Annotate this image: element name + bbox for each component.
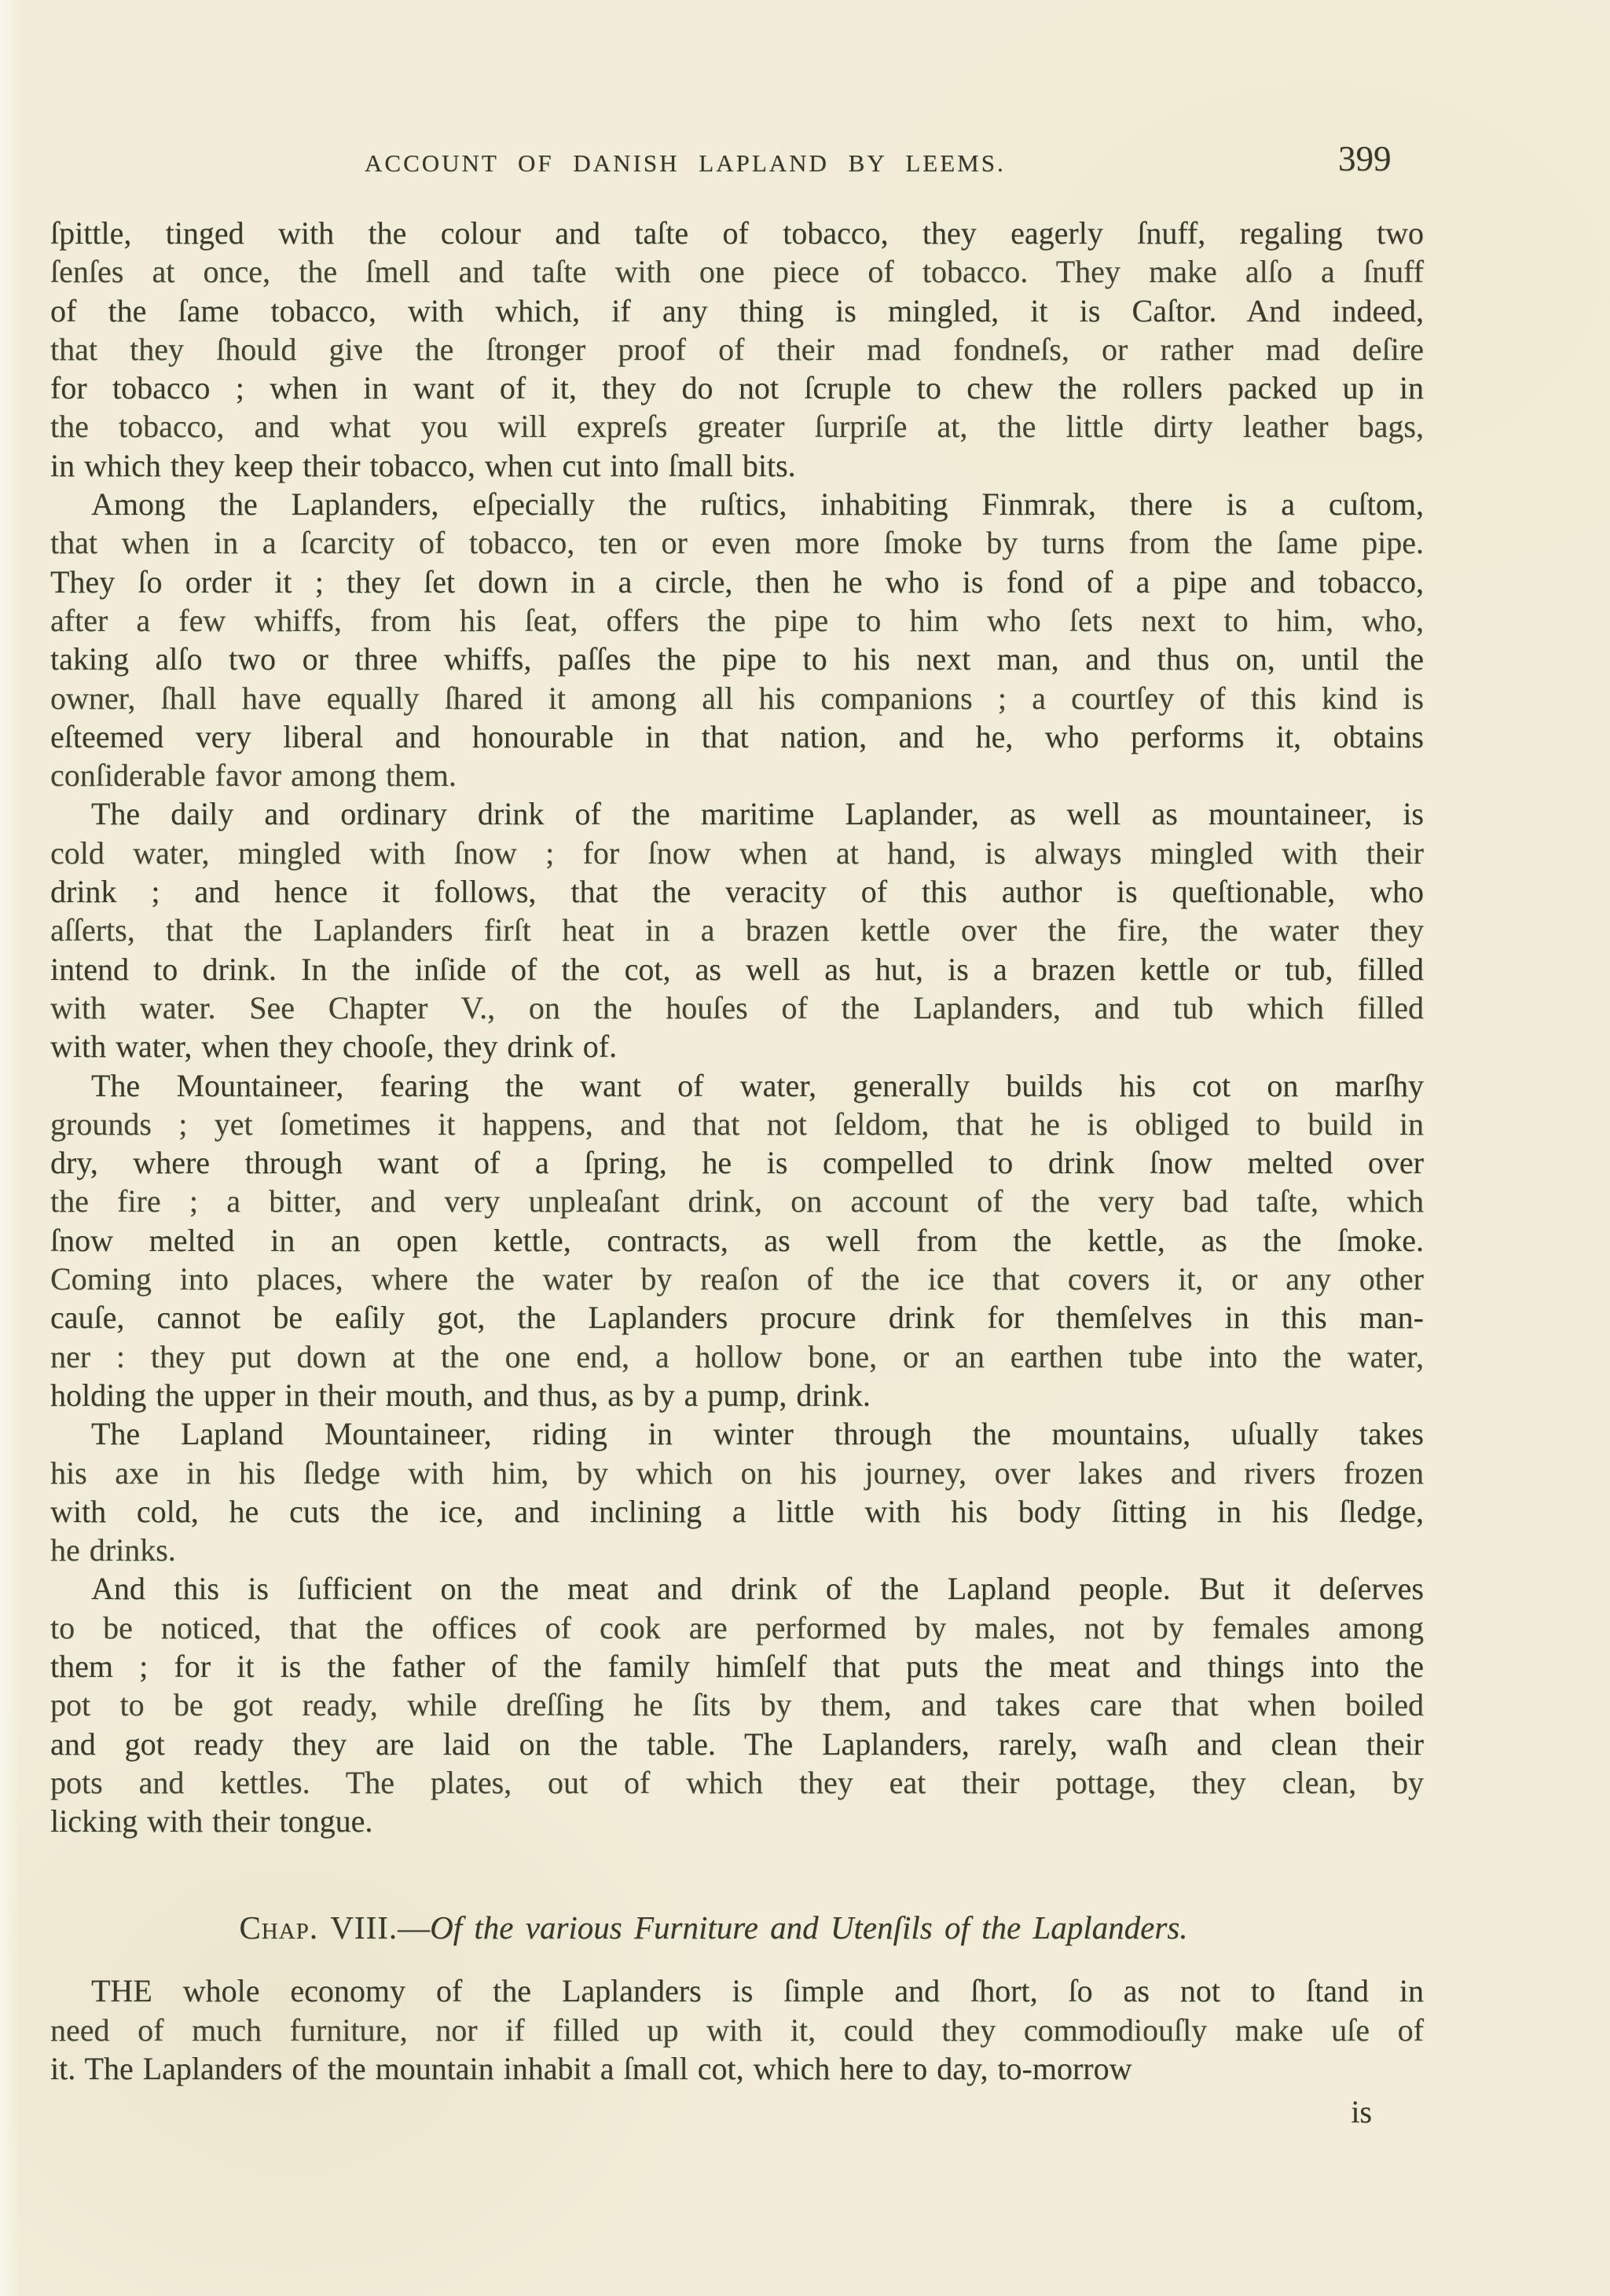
text-line: pots and kettles. The plates, out of whi…	[50, 1763, 1424, 1802]
text-line: that they ſhould give the ſtronger proof…	[50, 330, 1424, 369]
body-paragraph: Among the Laplanders, eſpecially the ruſ…	[50, 485, 1424, 794]
chapter-title: Of the various Furniture and Utenſils of…	[430, 1909, 1187, 1946]
text-line: need of much furniture, nor if filled up…	[50, 2011, 1424, 2049]
text-line: dry, where through want of a ſpring, he …	[50, 1143, 1424, 1182]
book-page: ACCOUNT OF DANISH LAPLAND BY LEEMS. 399 …	[0, 0, 1610, 2296]
text-line: pot to be got ready, while dreſſing he ſ…	[50, 1685, 1424, 1724]
body-paragraphs: ſpittle, tinged with the colour and taſt…	[50, 214, 1424, 1840]
text-line: licking with their tongue.	[50, 1802, 1424, 1840]
text-line: owner, ſhall have equally ſhared it amon…	[50, 679, 1424, 717]
body-paragraph: And this is ſufficient on the meat and d…	[50, 1569, 1424, 1840]
body-paragraph: The daily and ordinary drink of the mari…	[50, 794, 1424, 1065]
text-line: that when in a ſcarcity of tobacco, ten …	[50, 523, 1424, 562]
running-header: ACCOUNT OF DANISH LAPLAND BY LEEMS. 399	[0, 0, 1610, 189]
text-line: in which they keep their tobacco, when c…	[50, 446, 1424, 485]
text-line: And this is ſufficient on the meat and d…	[50, 1569, 1424, 1608]
body-paragraph: THE whole economy of the Laplanders is ſ…	[50, 1971, 1424, 2088]
text-line: cauſe, cannot be eaſily got, the Lapland…	[50, 1298, 1424, 1337]
text-line: the fire ; a bitter, and very unpleaſant…	[50, 1182, 1424, 1220]
text-line: THE whole economy of the Laplanders is ſ…	[50, 1971, 1424, 2010]
text-line: ſnow melted in an open kettle, contracts…	[50, 1221, 1424, 1260]
chapter-heading: Chap. VIII.—Of the various Furniture and…	[50, 1907, 1424, 1948]
text-line: The daily and ordinary drink of the mari…	[50, 794, 1424, 833]
text-line: with cold, he cuts the ice, and inclinin…	[50, 1492, 1424, 1531]
text-line: They ſo order it ; they ſet down in a ci…	[50, 563, 1424, 601]
text-line: he drinks.	[50, 1531, 1424, 1569]
text-line: conſiderable favor among them.	[50, 756, 1424, 794]
body-paragraph: The Lapland Mountaineer, riding in winte…	[50, 1414, 1424, 1569]
chapter-opening-paragraphs: THE whole economy of the Laplanders is ſ…	[50, 1971, 1424, 2088]
text-line: cold water, mingled with ſnow ; for ſnow…	[50, 834, 1424, 872]
text-line: after a few whiffs, from his ſeat, offer…	[50, 601, 1424, 640]
catchword: is	[50, 2092, 1424, 2131]
text-line: with water. See Chapter V., on the houſe…	[50, 988, 1424, 1027]
text-line: holding the upper in their mouth, and th…	[50, 1376, 1424, 1414]
chapter-label: Chap.	[239, 1909, 318, 1946]
text-line: drink ; and hence it follows, that the v…	[50, 872, 1424, 911]
text-line: ſpittle, tinged with the colour and taſt…	[50, 214, 1424, 252]
text-column: ſpittle, tinged with the colour and taſt…	[50, 214, 1424, 2132]
running-title: ACCOUNT OF DANISH LAPLAND BY LEEMS.	[365, 149, 1006, 178]
chapter-numeral: VIII.	[330, 1909, 398, 1946]
page-number: 399	[1338, 138, 1392, 179]
text-line: with water, when they chooſe, they drink…	[50, 1027, 1424, 1065]
text-line: it. The Laplanders of the mountain inhab…	[50, 2049, 1424, 2088]
text-line: aſſerts, that the Laplanders firſt heat …	[50, 911, 1424, 949]
text-line: Coming into places, where the water by r…	[50, 1260, 1424, 1298]
text-line: to be noticed, that the offices of cook …	[50, 1608, 1424, 1647]
chapter-dash: —	[398, 1909, 430, 1946]
text-line: of the ſame tobacco, with which, if any …	[50, 292, 1424, 330]
body-paragraph: The Mountaineer, fearing the want of wat…	[50, 1066, 1424, 1415]
text-line: intend to drink. In the inſide of the co…	[50, 950, 1424, 988]
body-paragraph: ſpittle, tinged with the colour and taſt…	[50, 214, 1424, 485]
text-line: grounds ; yet ſometimes it happens, and …	[50, 1105, 1424, 1143]
text-line: eſteemed very liberal and honourable in …	[50, 717, 1424, 756]
text-line: the tobacco, and what you will expreſs g…	[50, 407, 1424, 446]
text-line: The Mountaineer, fearing the want of wat…	[50, 1066, 1424, 1105]
text-line: ſenſes at once, the ſmell and taſte with…	[50, 252, 1424, 291]
text-line: and got ready they are laid on the table…	[50, 1725, 1424, 1763]
text-line: Among the Laplanders, eſpecially the ruſ…	[50, 485, 1424, 523]
text-line: his axe in his ſledge with him, by which…	[50, 1454, 1424, 1492]
text-line: for tobacco ; when in want of it, they d…	[50, 369, 1424, 407]
text-line: The Lapland Mountaineer, riding in winte…	[50, 1414, 1424, 1453]
text-line: them ; for it is the father of the famil…	[50, 1647, 1424, 1685]
text-line: ner : they put down at the one end, a ho…	[50, 1337, 1424, 1376]
text-line: taking alſo two or three whiffs, paſſes …	[50, 640, 1424, 678]
